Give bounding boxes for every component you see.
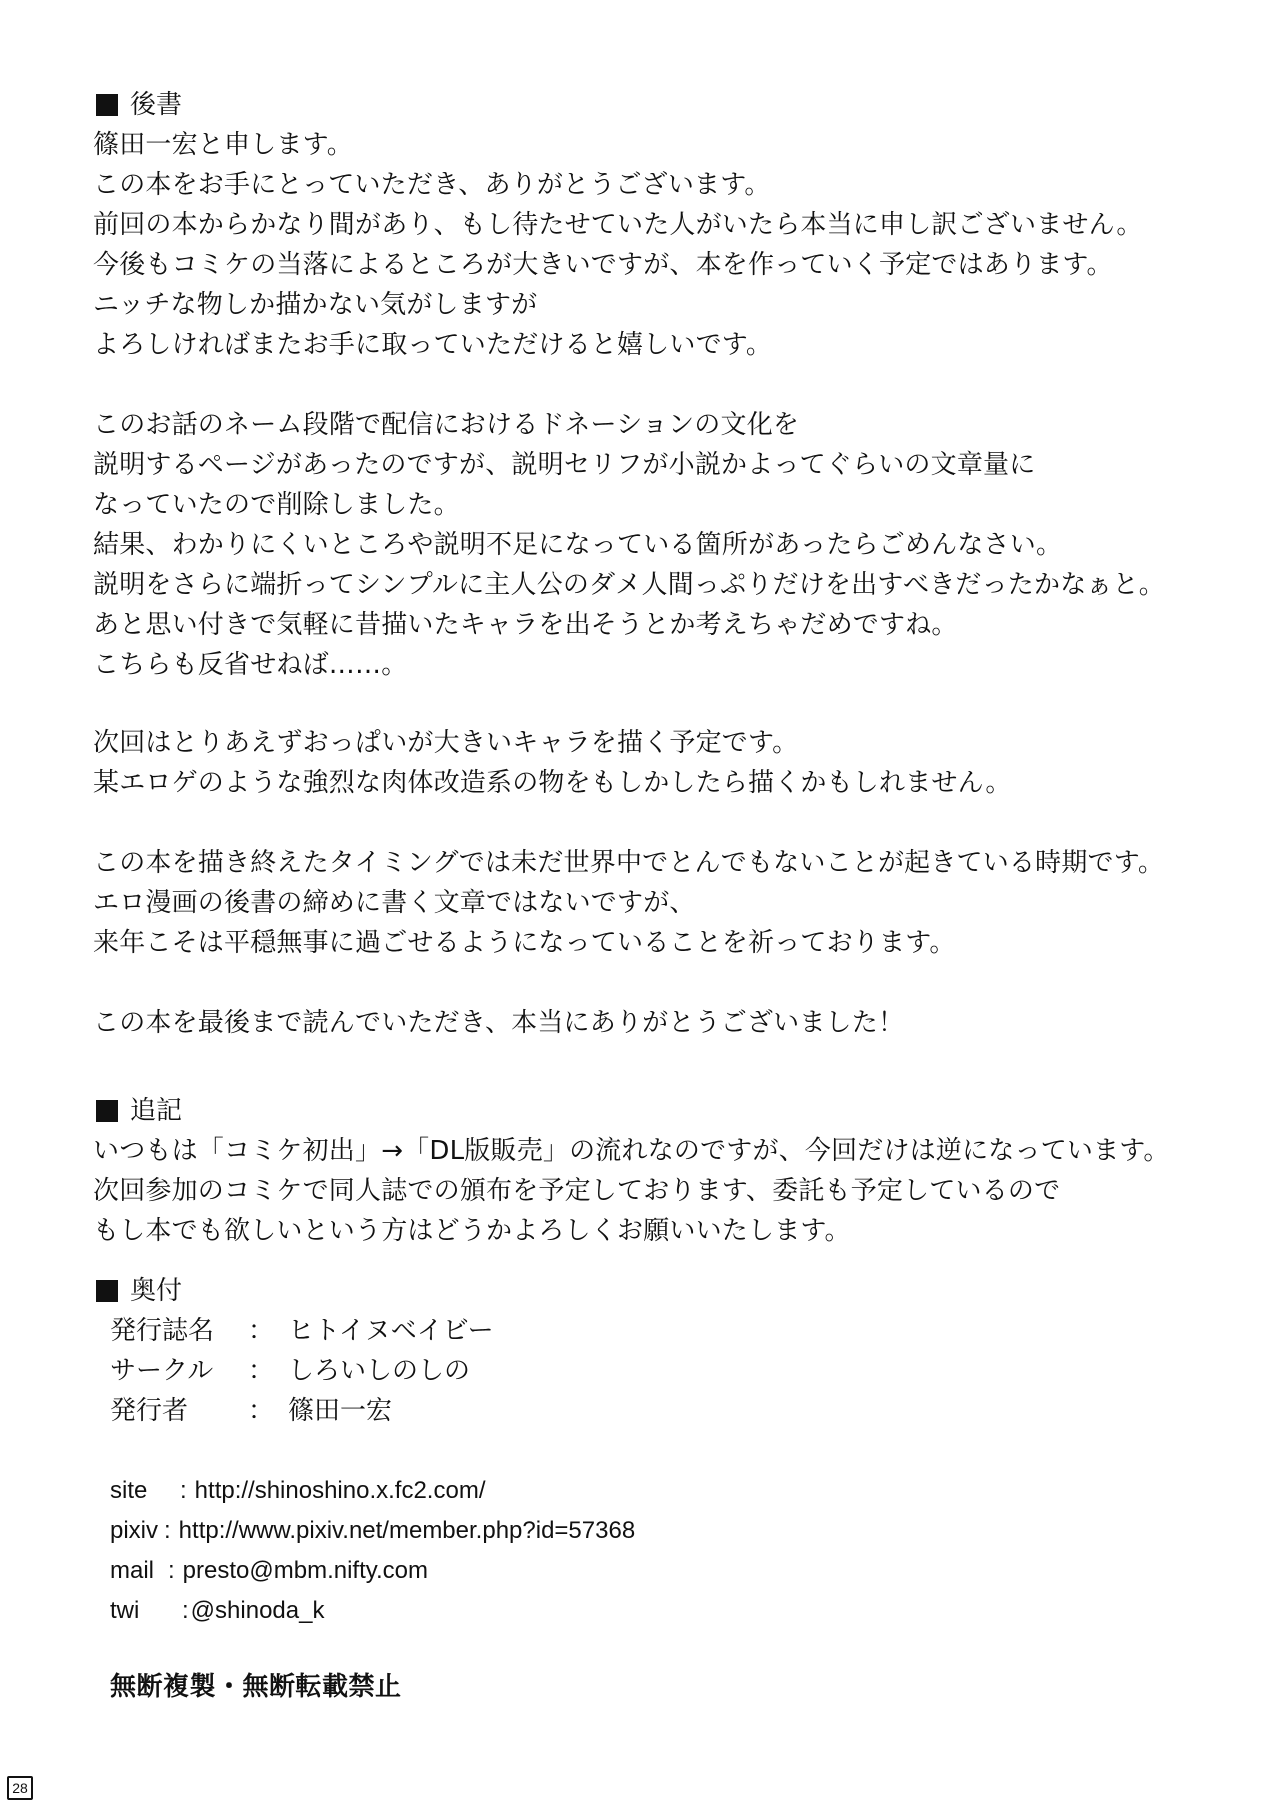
afterword-line: よろしければまたお手に取っていただけると嬉しいです。 [93,328,772,362]
contact-label: mail [110,1556,166,1586]
colophon-label: サークル [110,1354,248,1388]
afterword-line: 結果、わかりにくいところや説明不足になっている箇所があったらごめんなさい。 [93,528,1062,562]
square-bullet-icon [96,1280,118,1302]
contact-separator: : [172,1476,195,1506]
afterword-heading: 後書 [93,88,182,122]
contact-separator: : [174,1596,191,1626]
contact-separator: : [162,1516,179,1546]
afterword-line: この本をお手にとっていただき、ありがとうございます。 [93,168,771,202]
pixiv-link[interactable]: http://www.pixiv.net/member.php?id=57368 [179,1516,636,1546]
contact-row-twitter: twi : @shinoda_k [110,1596,324,1626]
afterword-line: 前回の本からかなり間があり、もし待たせていた人がいたら本当に申し訳ございません。 [93,208,1143,242]
document-page: 後書 篠田一宏と申します。 この本をお手にとっていただき、ありがとうございます。… [0,0,1280,1807]
colophon-value: ヒトイヌベイビー [288,1314,494,1348]
afterword-line: 次回はとりあえずおっぱいが大きいキャラを描く予定です。 [93,726,798,760]
mail-link[interactable]: presto@mbm.nifty.com [183,1556,428,1586]
twitter-handle[interactable]: @shinoda_k [191,1596,325,1626]
postscript-line: もし本でも欲しいという方はどうかよろしくお願いいたします。 [93,1214,851,1248]
postscript-heading: 追記 [93,1094,182,1128]
colophon-label: 発行者 [110,1394,248,1428]
square-bullet-icon [96,1100,118,1122]
afterword-line: ニッチな物しか描かない気がしますが [93,288,537,322]
copyright-notice: 無断複製・無断転載禁止 [110,1670,402,1704]
afterword-line: 某エロゲのような強烈な肉体改造系の物をもしかしたら描くかもしれません。 [93,766,1012,800]
page-number-badge: 28 [7,1776,33,1800]
postscript-line: 次回参加のコミケで同人誌での頒布を予定しております、委託も予定しているので [93,1174,1060,1208]
square-bullet-icon [96,94,118,116]
colophon-value: しろいしのしの [288,1354,470,1388]
contact-label: site [110,1476,172,1506]
afterword-line: エロ漫画の後書の締めに書く文章ではないですが、 [93,886,696,920]
afterword-line: 説明をさらに端折ってシンプルに主人公のダメ人間っぷりだけを出すべきだったかなぁと… [93,568,1165,602]
contact-row-site: site : http://shinoshino.x.fc2.com/ [110,1476,485,1506]
colophon-row-circle: サークル ： しろいしのしの [110,1354,470,1388]
colophon-heading-text: 奥付 [130,1274,182,1308]
afterword-line: 篠田一宏と申します。 [93,128,353,162]
afterword-line: なっていたので削除しました。 [93,488,460,522]
colophon-label: 発行誌名 [110,1314,248,1348]
site-link[interactable]: http://shinoshino.x.fc2.com/ [195,1476,486,1506]
afterword-line: 説明するページがあったのですが、説明セリフが小説かよってぐらいの文章量に [93,448,1035,482]
afterword-line: 今後もコミケの当落によるところが大きいですが、本を作っていく予定ではあります。 [93,248,1113,282]
afterword-line: あと思い付きで気軽に昔描いたキャラを出そうとか考えちゃだめですね。 [93,608,958,642]
colophon-heading: 奥付 [93,1274,182,1308]
postscript-heading-text: 追記 [130,1094,182,1128]
colophon-separator: ： [248,1354,288,1388]
contact-label: pixiv [110,1516,162,1546]
colophon-separator: ： [248,1314,288,1348]
afterword-line: こちらも反省せねば……。 [93,648,407,682]
afterword-line: 来年こそは平穏無事に過ごせるようになっていることを祈っております。 [93,926,956,960]
colophon-row-title: 発行誌名 ： ヒトイヌベイビー [110,1314,494,1348]
afterword-heading-text: 後書 [130,88,182,122]
contact-label: twi [110,1596,174,1626]
colophon-separator: ： [248,1394,288,1428]
contact-row-mail: mail : presto@mbm.nifty.com [110,1556,428,1586]
contact-row-pixiv: pixiv : http://www.pixiv.net/member.php?… [110,1516,635,1546]
postscript-line: いつもは「コミケ初出」→「DL版販売」の流れなのですが、今回だけは逆になっていま… [93,1134,1170,1168]
colophon-value: 篠田一宏 [288,1394,392,1428]
contact-separator: : [166,1556,183,1586]
colophon-row-publisher: 発行者 ： 篠田一宏 [110,1394,392,1428]
afterword-closing-line: この本を最後まで読んでいただき、本当にありがとうございました！ [93,1006,904,1040]
afterword-line: このお話のネーム段階で配信におけるドネーションの文化を [93,408,799,442]
afterword-line: この本を描き終えたタイミングでは未だ世界中でとんでもないことが起きている時期です… [93,846,1164,880]
